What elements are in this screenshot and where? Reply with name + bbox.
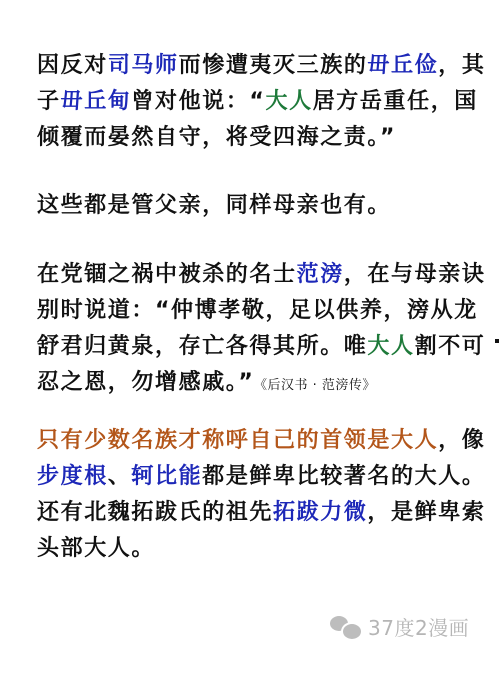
highlighted-name: 范滂 (297, 262, 344, 287)
text-line: 别时说道：“仲博孝敬，足以供养，滂从龙 (37, 293, 477, 329)
text-segment: 倾覆而晏然自守，将受四海之责。” (37, 125, 396, 150)
text-segment: ，在与母亲诀 (344, 262, 486, 287)
text-segment: 曾对他说：“ (131, 89, 265, 114)
text-segment: ，其 (438, 53, 485, 78)
text-segment: 割不可 (415, 334, 486, 359)
text-line: 在党锢之祸中被杀的名士范滂，在与母亲诀 (37, 257, 477, 293)
text-segment: 、 (108, 464, 132, 489)
highlighted-name: 拓跋力微 (273, 500, 367, 525)
highlighted-term: 大人 (367, 334, 414, 359)
paragraph-guanqiu-dian: 因反对司马师而惨遭夷灭三族的毌丘俭，其子毌丘甸曾对他说：“大人居方岳重任，国倾覆… (37, 48, 477, 156)
citation: 《后汉书 · 范滂传》 (260, 378, 375, 393)
text-segment: 这些都是管父亲，同样母亲也有。 (37, 193, 391, 218)
text-line: 因反对司马师而惨遭夷灭三族的毌丘俭，其 (37, 48, 477, 84)
highlighted-name: 司马师 (108, 53, 179, 78)
watermark-text: 37度2漫画 (368, 612, 469, 641)
text-segment: 在党锢之祸中被杀的名士 (37, 262, 297, 287)
wechat-icon (328, 614, 364, 640)
text-segment: 别时说道：“仲博孝敬，足以供养，滂从龙 (37, 298, 478, 323)
text-line: 舒君归黄泉，存亡各得其所。唯大人割不可 (37, 329, 477, 365)
text-segment: 都是鲜卑比较著名的大人。 (202, 464, 485, 489)
paragraph-father-mother: 这些都是管父亲，同样母亲也有。 (37, 188, 477, 224)
highlighted-name: 步度根 (37, 464, 108, 489)
text-line: 只有少数名族才称呼自己的首领是大人，像 (37, 423, 477, 459)
text-segment: 头部大人。 (37, 536, 155, 561)
stray-dot (495, 339, 499, 343)
text-line: 步度根、轲比能都是鲜卑比较著名的大人。 (37, 459, 477, 495)
highlighted-name: 毌丘甸 (61, 89, 132, 114)
paragraph-xianbei-chiefs: 只有少数名族才称呼自己的首领是大人，像步度根、轲比能都是鲜卑比较著名的大人。还有… (37, 423, 477, 567)
text-segment: 子 (37, 89, 61, 114)
text-segment: 舒君归黄泉，存亡各得其所。唯 (37, 334, 367, 359)
paragraph-fan-pang: 在党锢之祸中被杀的名士范滂，在与母亲诀别时说道：“仲博孝敬，足以供养，滂从龙舒君… (37, 257, 477, 404)
highlighted-name: 轲比能 (131, 464, 202, 489)
text-segment: 而惨遭夷灭三族的 (179, 53, 368, 78)
text-line: 这些都是管父亲，同样母亲也有。 (37, 188, 477, 224)
text-segment: ，是鲜卑索 (367, 500, 485, 525)
text-segment: 还有北魏拓跋氏的祖先 (37, 500, 273, 525)
text-segment: 居方岳重任，国 (313, 89, 478, 114)
highlighted-name: 毌丘俭 (367, 53, 438, 78)
highlighted-term: 大人 (265, 89, 312, 114)
watermark: 37度2漫画 (328, 612, 469, 641)
text-line: 忍之恩，勿增感戚。”《后汉书 · 范滂传》 (37, 365, 477, 404)
text-segment: 忍之恩，勿增感戚。” (37, 370, 254, 395)
text-line: 还有北魏拓跋氏的祖先拓跋力微，是鲜卑索 (37, 495, 477, 531)
text-line: 子毌丘甸曾对他说：“大人居方岳重任，国 (37, 84, 477, 120)
text-segment: 因反对 (37, 53, 108, 78)
highlighted-sentence: 只有少数名族才称呼自己的首领是大人 (37, 428, 438, 453)
text-segment: ，像 (438, 428, 485, 453)
text-line: 倾覆而晏然自守，将受四海之责。” (37, 120, 477, 156)
text-line: 头部大人。 (37, 531, 477, 567)
